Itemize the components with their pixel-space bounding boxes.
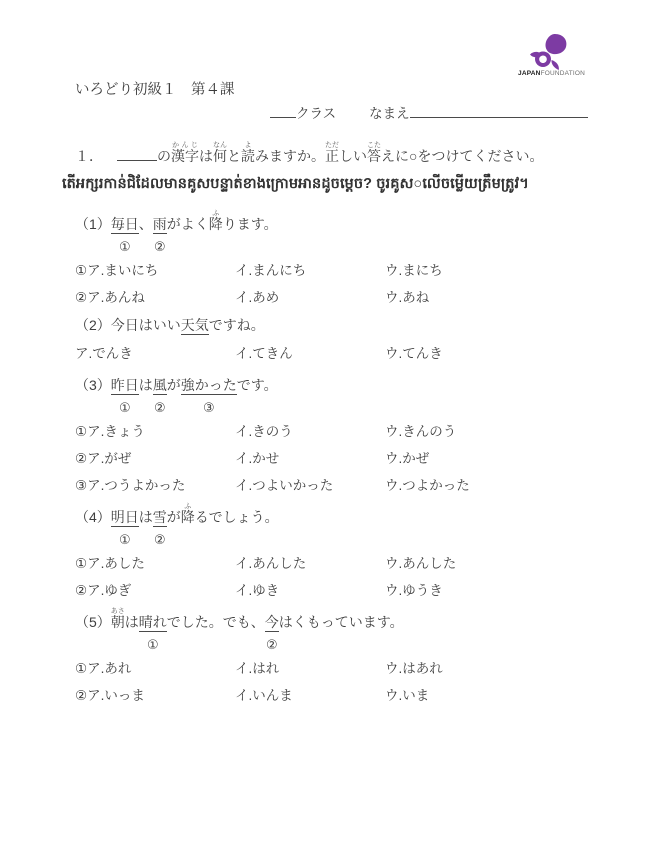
text-segment: でした。でも、 (167, 614, 265, 630)
name-label: なまえ (369, 106, 410, 121)
question-sentence: （5）朝あさは晴れ①でした。でも、今②はくもっています。 (75, 608, 585, 632)
text-segment: えに○をつけてください。 (381, 148, 543, 164)
kanji-with-furigana: 何なん (213, 148, 227, 164)
choice-i: イ.かせ (235, 449, 385, 468)
choice-i: イ.いんま (235, 686, 385, 705)
worksheet-body: １．の漢字かんじは何なんと読よみますか。正ただしい答こたえに○をつけてください。… (75, 136, 585, 713)
choice-a: ア.ゆぎ (87, 583, 131, 598)
question-list: （1）毎日①、雨②がよく降ふります。①ア.まいにちイ.まんにちウ.まにち②ア.あ… (75, 210, 585, 705)
option-cell: ①ア.あれ (75, 659, 235, 678)
question-block: （1）毎日①、雨②がよく降ふります。①ア.まいにちイ.まんにちウ.まにち②ア.あ… (75, 210, 585, 307)
japan-foundation-logo: JAPANFOUNDATION (518, 34, 580, 78)
text-segment: がよく (167, 216, 209, 232)
term-marker: ① (119, 398, 131, 418)
option-row: ③ア.つうよかったイ.つよいかったウ.つよかった (75, 476, 585, 495)
option-cell: ③ア.つうよかった (75, 476, 235, 495)
question-number: （5） (75, 614, 111, 630)
option-cell: ②ア.がぜ (75, 449, 235, 468)
text-segment: 今日はいい (111, 317, 181, 333)
logo-text-japan: JAPAN (518, 70, 541, 77)
option-row: ②ア.いっまイ.いんまウ.いま (75, 686, 585, 705)
choice-u: ウ.つよかった (385, 476, 585, 495)
option-cell: ②ア.いっま (75, 686, 235, 705)
question-sentence: （3）昨日①は風②が強かった③です。 (75, 375, 585, 395)
choice-a: ア.きょう (87, 424, 145, 439)
option-marker: ② (75, 583, 87, 598)
underlined-term: 風② (153, 377, 167, 395)
text-segment: は (139, 509, 153, 525)
instruction-line: １．の漢字かんじは何なんと読よみますか。正ただしい答こたえに○をつけてください。 (75, 136, 585, 168)
furigana: ふ (181, 503, 195, 510)
term-marker: ② (154, 398, 166, 418)
text-segment: 、 (139, 216, 153, 232)
question-sentence: （2）今日はいい天気ですね。 (75, 315, 585, 335)
worksheet-page: JAPANFOUNDATION いろどり初級１ 第４課 クラスなまえ １．の漢字… (0, 0, 652, 844)
option-row: ①ア.まいにちイ.まんにちウ.まにち (75, 261, 585, 280)
choice-a: ア.がぜ (87, 451, 131, 466)
choice-a: ア.つうよかった (87, 478, 185, 493)
name-blank-field (410, 103, 588, 118)
text-segment: です。 (237, 377, 278, 393)
text-segment: みますか。 (255, 148, 325, 164)
term-marker: ① (119, 530, 131, 550)
term-marker: ① (147, 635, 159, 655)
choice-a: ア.まいにち (87, 263, 158, 278)
term-marker: ① (119, 237, 131, 257)
underlined-term: 晴れ① (139, 614, 167, 632)
term-marker: ② (154, 530, 166, 550)
choice-u: ウ.あんした (385, 554, 585, 573)
text-segment: の (157, 148, 171, 164)
furigana: かんじ (171, 142, 199, 149)
choice-i: イ.きのう (235, 422, 385, 441)
kanji-with-furigana: 読よ (241, 148, 255, 164)
butterfly-logo-icon (529, 34, 569, 70)
option-marker: ② (75, 290, 87, 305)
choice-a: ア.あれ (87, 661, 131, 676)
question-number: （1） (75, 216, 111, 232)
text-segment: ですね。 (209, 317, 265, 333)
choice-a: ア.でんき (75, 346, 133, 361)
option-marker: ① (75, 263, 87, 278)
furigana: なん (213, 142, 227, 149)
question-sentence: （4）明日①は雪②が降ふるでしょう。 (75, 503, 585, 527)
option-cell: ①ア.あした (75, 554, 235, 573)
logo-text-foundation: FOUNDATION (541, 70, 586, 77)
option-row: ②ア.あんねイ.あめウ.あね (75, 288, 585, 307)
choice-u: ウ.いま (385, 686, 585, 705)
text-segment: ります。 (223, 216, 278, 232)
option-cell: ア.でんき (75, 344, 235, 363)
choice-i: イ.あめ (235, 288, 385, 307)
choice-i: イ.ゆき (235, 581, 385, 600)
option-cell: ①ア.まいにち (75, 261, 235, 280)
term-marker: ③ (203, 398, 215, 418)
option-row: ア.でんきイ.てきんウ.てんき (75, 344, 585, 363)
furigana: ふ (209, 210, 223, 217)
kanji-with-furigana: 朝あさ (111, 614, 125, 630)
choice-a: ア.あした (87, 556, 145, 571)
text-segment: しい (339, 148, 367, 164)
underlined-term: 明日① (111, 509, 139, 527)
instruction-text: の漢字かんじは何なんと読よみますか。正ただしい答こたえに○をつけてください。 (117, 148, 543, 164)
underlined-term: 天気 (181, 317, 209, 335)
text-segment: が (167, 509, 181, 525)
choice-u: ウ.あね (385, 288, 585, 307)
option-cell: ②ア.ゆぎ (75, 581, 235, 600)
underlined-term: 雨② (153, 216, 167, 234)
class-name-line: クラスなまえ (270, 102, 588, 122)
option-marker: ③ (75, 478, 87, 493)
text-segment: は (199, 148, 213, 164)
underlined-term: 昨日① (111, 377, 139, 395)
choice-u: ウ.かぜ (385, 449, 585, 468)
term-marker: ② (266, 635, 278, 655)
option-cell: ①ア.きょう (75, 422, 235, 441)
option-marker: ① (75, 556, 87, 571)
question-number: （3） (75, 377, 111, 393)
option-marker: ② (75, 688, 87, 703)
furigana: よ (241, 142, 255, 149)
fill-in-blank (117, 146, 157, 161)
question-block: （2）今日はいい天気ですね。ア.でんきイ.てきんウ.てんき (75, 315, 585, 363)
kanji-with-furigana: 正ただ (325, 148, 339, 164)
term-marker: ② (154, 237, 166, 257)
choice-u: ウ.まにち (385, 261, 585, 280)
choice-u: ウ.はあれ (385, 659, 585, 678)
question-block: （4）明日①は雪②が降ふるでしょう。①ア.あしたイ.あんしたウ.あんした②ア.ゆ… (75, 503, 585, 600)
furigana: あさ (111, 608, 125, 615)
underlined-term: 雪② (153, 509, 167, 527)
option-cell: ②ア.あんね (75, 288, 235, 307)
question-number: （2） (75, 317, 111, 333)
logo-wordmark: JAPANFOUNDATION (518, 70, 580, 78)
kanji-with-furigana: 降ふ (209, 216, 223, 232)
kanji-with-furigana: 降ふ (181, 509, 195, 525)
choice-i: イ.まんにち (235, 261, 385, 280)
question-block: （5）朝あさは晴れ①でした。でも、今②はくもっています。①ア.あれイ.はれウ.は… (75, 608, 585, 705)
choice-u: ウ.きんのう (385, 422, 585, 441)
option-row: ②ア.がぜイ.かせウ.かぜ (75, 449, 585, 468)
furigana: ただ (325, 142, 339, 149)
document-title: いろどり初級１ 第４課 (75, 78, 235, 99)
question-block: （3）昨日①は風②が強かった③です。①ア.きょうイ.きのうウ.きんのう②ア.がぜ… (75, 375, 585, 495)
question-number: （4） (75, 509, 111, 525)
class-label: クラス (296, 106, 336, 121)
option-row: ②ア.ゆぎイ.ゆきウ.ゆうき (75, 581, 585, 600)
instruction-number: １． (75, 148, 103, 164)
option-row: ①ア.あれイ.はれウ.はあれ (75, 659, 585, 678)
choice-u: ウ.てんき (385, 344, 585, 363)
option-marker: ① (75, 661, 87, 676)
option-row: ①ア.きょうイ.きのうウ.きんのう (75, 422, 585, 441)
kanji-with-furigana: 漢字かんじ (171, 148, 199, 164)
choice-i: イ.つよいかった (235, 476, 385, 495)
question-sentence: （1）毎日①、雨②がよく降ふります。 (75, 210, 585, 234)
option-marker: ② (75, 451, 87, 466)
choice-i: イ.はれ (235, 659, 385, 678)
choice-a: ア.あんね (87, 290, 145, 305)
option-marker: ① (75, 424, 87, 439)
text-segment: はくもっています。 (279, 614, 404, 630)
underlined-term: 毎日① (111, 216, 139, 234)
option-row: ①ア.あしたイ.あんしたウ.あんした (75, 554, 585, 573)
text-segment: は (139, 377, 153, 393)
underlined-term: 強かった③ (181, 377, 237, 395)
underlined-term: 今② (265, 614, 279, 632)
choice-i: イ.てきん (235, 344, 385, 363)
class-blank-field (270, 103, 296, 118)
kanji-with-furigana: 答こた (367, 148, 381, 164)
furigana: こた (367, 142, 381, 149)
choice-u: ウ.ゆうき (385, 581, 585, 600)
text-segment: るでしょう。 (195, 509, 279, 525)
text-segment: と (227, 148, 241, 164)
choice-i: イ.あんした (235, 554, 385, 573)
text-segment: は (125, 614, 139, 630)
text-segment: が (167, 377, 181, 393)
khmer-instruction: តើអក្សរកាន់ជិដែលមានគូសបន្ទាត់ខាងក្រោមអាន… (62, 175, 585, 196)
choice-a: ア.いっま (87, 688, 145, 703)
